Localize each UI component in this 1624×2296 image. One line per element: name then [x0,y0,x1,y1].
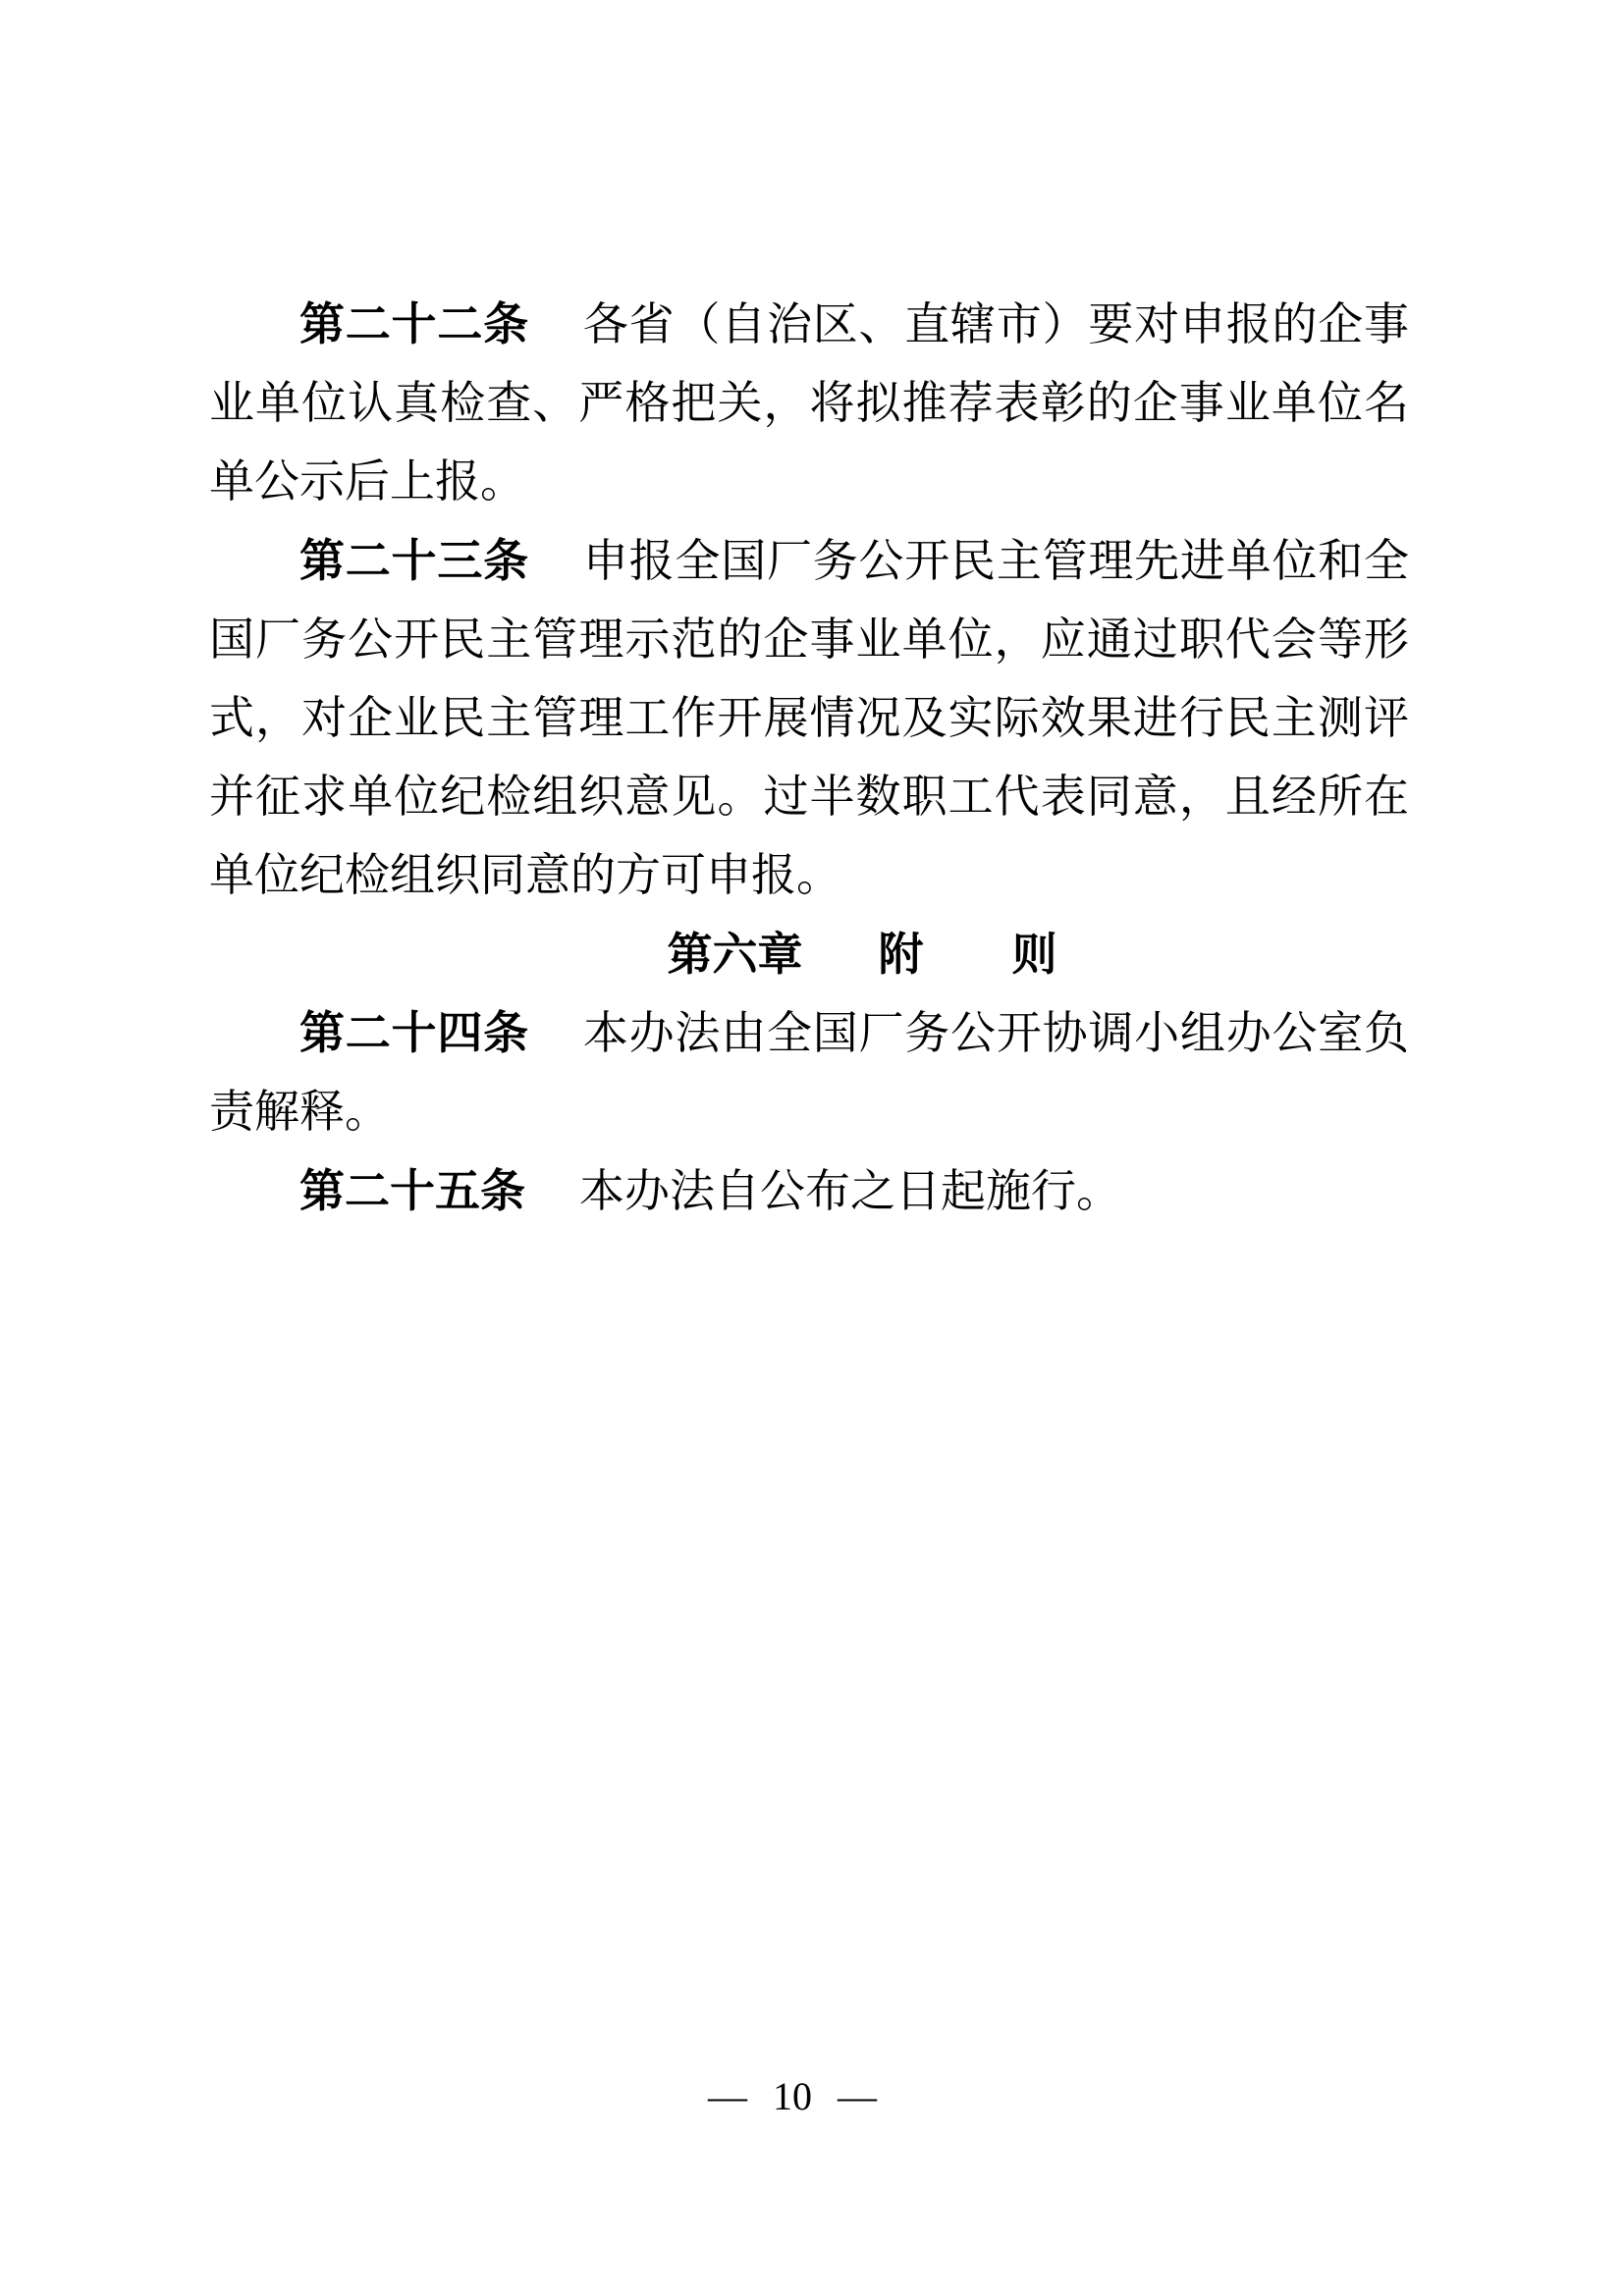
page-number-dash-left: — [708,2073,747,2120]
article-paragraph: 第二十二条各省（自治区、直辖市）要对申报的企事业单位认真检查、严格把关，将拟推荐… [209,285,1409,521]
article-paragraph: 第二十四条本办法由全国厂务公开协调小组办公室负责解释。 [209,993,1409,1151]
article-number: 第二十三条 [299,535,529,586]
article-number: 第二十二条 [299,298,529,349]
page-number-dash-right: — [838,2073,877,2120]
article-paragraph: 第二十五条本办法自公布之日起施行。 [209,1151,1409,1231]
document-page: 第二十二条各省（自治区、直辖市）要对申报的企事业单位认真检查、严格把关，将拟推荐… [0,0,1624,2296]
article-number: 第二十四条 [299,1007,529,1058]
page-footer: — 10 — [0,2073,1624,2120]
article-text: 本办法自公布之日起施行。 [579,1166,1121,1216]
document-body: 第二十二条各省（自治区、直辖市）要对申报的企事业单位认真检查、严格把关，将拟推荐… [209,285,1409,1231]
article-text: 申报全国厂务公开民主管理先进单位和全国厂务公开民主管理示范的企事业单位，应通过职… [209,536,1409,900]
chapter-title-word: 附 [879,915,924,993]
chapter-heading: 第六章 附 则 [262,915,1462,993]
chapter-title-word: 则 [1012,915,1057,993]
page-number: — 10 — [708,2073,877,2120]
article-number: 第二十五条 [299,1165,525,1216]
page-number-value: 10 [773,2073,812,2120]
article-paragraph: 第二十三条申报全国厂务公开民主管理先进单位和全国厂务公开民主管理示范的企事业单位… [209,521,1409,915]
chapter-number: 第六章 [668,915,803,993]
